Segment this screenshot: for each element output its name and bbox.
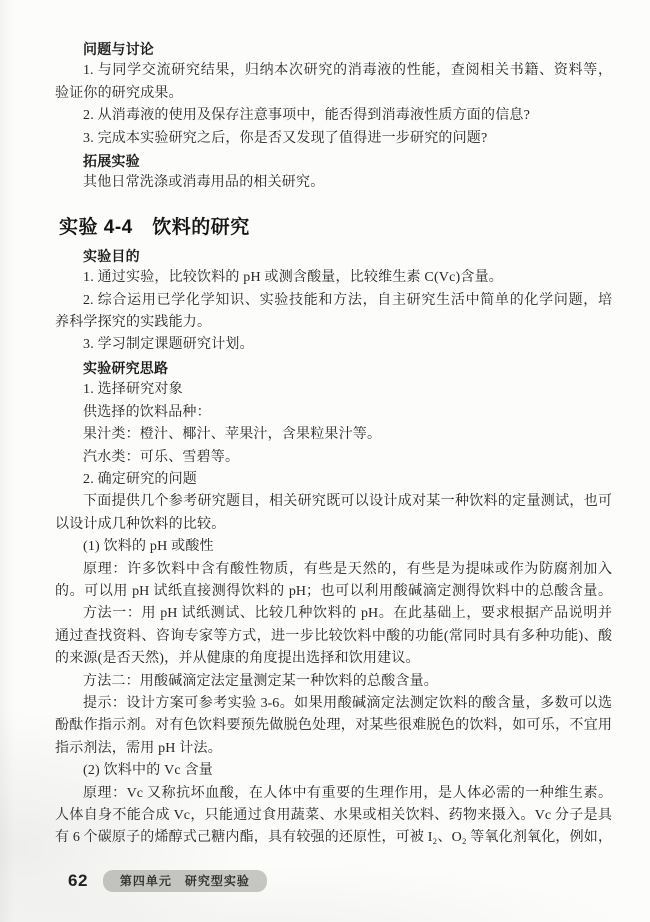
- text-line: 3. 学习制定课题研究计划。: [55, 334, 612, 356]
- text-line: 果汁类：橙汁、椰汁、苹果汁，含果粒果汁等。: [55, 424, 612, 446]
- text-line: 1. 与同学交流研究结果，归纳本次研究的消毒液的性能，查阅相关书籍、资料等，: [55, 60, 612, 82]
- text-line: 的来源(是否天然)，并从健康的角度提出选择和饮用建议。: [55, 648, 612, 670]
- subheading: 问题与讨论: [55, 38, 612, 60]
- text-line: 有 6 个碳原子的烯醇式己糖内酯，具有较强的还原性，可被 I₂、O₂ 等氧化剂氧…: [55, 827, 612, 849]
- text-line: 方法二：用酸碱滴定法定量测定某一种饮料的总酸含量。: [55, 671, 612, 693]
- text-line: 3. 完成本实验研究之后，你是否又发现了值得进一步研究的问题?: [55, 128, 612, 150]
- text-line: 供选择的饮料品种：: [55, 402, 612, 424]
- text-line: (1) 饮料的 pH 或酸性: [55, 536, 612, 558]
- text-column: 问题与讨论1. 与同学交流研究结果，归纳本次研究的消毒液的性能，查阅相关书籍、资…: [55, 38, 612, 850]
- text-line: 指示剂法，需用 pH 计法。: [55, 738, 612, 760]
- text-line: 酚酞作指示剂。对有色饮料要预先做脱色处理，对某些很难脱色的饮料，如可乐，不宜用: [55, 715, 612, 737]
- text-line: 下面提供几个参考研究题目，相关研究既可以设计成对某一种饮料的定量测试，也可: [55, 491, 612, 513]
- text-line: 2. 从消毒液的使用及保存注意事项中，能否得到消毒液性质方面的信息?: [55, 105, 612, 127]
- text-line: 验证你的研究成果。: [55, 83, 612, 105]
- text-line: 方法一：用 pH 试纸测试、比较几种饮料的 pH。在此基础上，要求根据产品说明并: [55, 603, 612, 625]
- text-line: 人体自身不能合成 Vc，只能通过食用蔬菜、水果或相关饮料、药物来摄入。Vc 分子…: [55, 805, 612, 827]
- text-line: 1. 选择研究对象: [55, 379, 612, 401]
- unit-label-badge: 第四单元 研究型实验: [103, 870, 267, 892]
- text-line: (2) 饮料中的 Vc 含量: [55, 760, 612, 782]
- textbook-page: 问题与讨论1. 与同学交流研究结果，归纳本次研究的消毒液的性能，查阅相关书籍、资…: [0, 0, 650, 922]
- text-line: 提示：设计方案可参考实验 3-6。如果用酸碱滴定法测定饮料的酸含量，多数可以选: [55, 693, 612, 715]
- text-line: 其他日常洗涤或消毒用品的相关研究。: [55, 172, 612, 194]
- text-line: 2. 综合运用已学化学知识、实验技能和方法，自主研究生活中简单的化学问题，培: [55, 290, 612, 312]
- text-line: 以设计成几种饮料的比较。: [55, 514, 612, 536]
- text-line: 1. 通过实验，比较饮料的 pH 或测含酸量，比较维生素 C(Vc)含量。: [55, 267, 612, 289]
- subheading: 拓展实验: [55, 150, 612, 172]
- subheading: 实验研究思路: [55, 357, 612, 379]
- text-line: 原理：Vc 又称抗坏血酸，在人体中有重要的生理作用，是人体必需的一种维生素。: [55, 783, 612, 805]
- text-line: 养科学探究的实践能力。: [55, 312, 612, 334]
- subheading: 实验目的: [55, 245, 612, 267]
- text-line: 2. 确定研究的问题: [55, 469, 612, 491]
- text-line: 的。可以用 pH 试纸直接测得饮料的 pH；也可以利用酸碱滴定测得饮料中的总酸含…: [55, 581, 612, 603]
- page-footer: 62 第四单元 研究型实验: [68, 870, 267, 892]
- page-number: 62: [68, 871, 88, 891]
- text-line: 通过查找资料、咨询专家等方式，进一步比较饮料中酸的功能(常同时具有多种功能)、酸: [55, 626, 612, 648]
- section-heading: 实验 4-4 饮料的研究: [59, 213, 612, 243]
- text-line: 原理：许多饮料中含有酸性物质，有些是天然的，有些是为提味或作为防腐剂加入: [55, 559, 612, 581]
- text-line: 汽水类：可乐、雪碧等。: [55, 447, 612, 469]
